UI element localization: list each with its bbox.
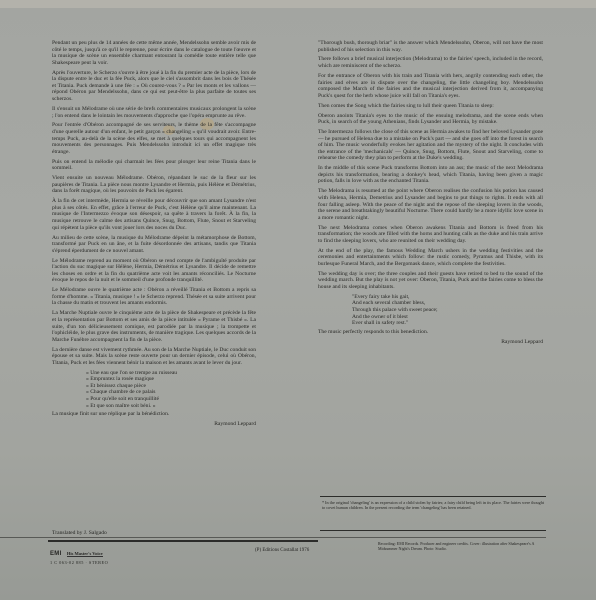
verse-line: Ever shall in safety rest." xyxy=(352,320,543,327)
closing-line: La musique finit sur une réplique par la… xyxy=(52,411,256,418)
paragraph: Pendant un peu plus de 14 années de cett… xyxy=(52,40,256,66)
paragraph: À la fin de cet intermède, Hermia se rév… xyxy=(52,198,256,231)
paragraph: Oberon anoints Titania's eyes to the mus… xyxy=(318,113,543,126)
paragraph: Après l'ouverture, le Scherzo s'ouvre à … xyxy=(52,70,256,103)
album-back-cover: Pendant un peu plus de 14 années de cett… xyxy=(0,0,596,600)
verse-line: Through this palace with sweet peace; xyxy=(352,307,543,314)
divider xyxy=(320,496,546,497)
paragraph: In the middle of this scene Puck transfo… xyxy=(318,165,543,185)
label-tagline: His Master's Voice xyxy=(67,551,103,557)
verse-line: « Chaque chambre de ce palais xyxy=(86,389,256,396)
copyright-notice: (P) Editions Costallat 1976 xyxy=(255,548,309,553)
verse-line: And each several chamber bless, xyxy=(352,300,543,307)
verse-block: "Every fairy take his gait, And each sev… xyxy=(352,294,543,327)
paragraph: Pour l'entrée d'Obéron accompagné de ses… xyxy=(52,122,256,155)
verse-line: « Empruntez la rosée magique xyxy=(86,376,256,383)
paragraph: There follows a brief musical interjecti… xyxy=(318,56,543,69)
paragraph: At the end of the play, the famous Weddi… xyxy=(318,248,543,268)
catalog-number: 1 C 063-02 885 · STEREO xyxy=(50,560,108,565)
paragraph: La Marche Nuptiale ouvre le cinquième ac… xyxy=(52,310,256,343)
verse-line: « Pour qu'elle soit en tranquillité xyxy=(86,396,256,403)
paragraph: Then comes the Song which the fairies si… xyxy=(318,103,543,110)
signature: Raymond Leppard xyxy=(52,421,256,428)
paragraph: The Melodrama is resumed at the point wh… xyxy=(318,188,543,221)
paragraph: For the entrance of Oberon with his trai… xyxy=(318,73,543,99)
paragraph: The Intermezzo follows the close of this… xyxy=(318,129,543,162)
paragraph: Au milieu de cette scène, la musique du … xyxy=(52,235,256,255)
verse-line: « Et bénissez chaque pièce xyxy=(86,383,256,390)
verse-line: « Une eau que l'on se trempe au ruisseau xyxy=(86,370,256,377)
paragraph: Le Mélodrame reprend au moment où Obéron… xyxy=(52,258,256,284)
paragraph: The wedding day is over; the three coupl… xyxy=(318,271,543,291)
footer-rule xyxy=(48,540,318,542)
signature: Raymond Leppard xyxy=(318,339,543,346)
english-notes-column: "Thorough bush, thorough briar" is the a… xyxy=(318,40,543,345)
verse-block: « Une eau que l'on se trempe au ruisseau… xyxy=(86,370,256,410)
footer-rule xyxy=(0,537,546,538)
paragraph: The next Melodrama comes when Oberon awa… xyxy=(318,225,543,245)
top-edge xyxy=(0,0,596,8)
paragraph: Puis on entend la mélodie qui charmait l… xyxy=(52,159,256,172)
paragraph: Vient ensuite un nouveau Mélodrame. Obér… xyxy=(52,175,256,195)
paragraph: "Thorough bush, thorough briar" is the a… xyxy=(318,40,543,53)
label-brand: EMI xyxy=(50,551,62,557)
translator-credit: Translated by J. Salgado xyxy=(52,530,107,536)
divider xyxy=(320,530,546,531)
label-logo: EMI His Master's Voice xyxy=(50,551,103,557)
production-credits: Recording: EMI Records. Producer and eng… xyxy=(378,541,548,551)
footnote: * In the original 'changeling' is an exp… xyxy=(322,500,544,510)
paragraph: La dernière danse est vivement rythmée. … xyxy=(52,347,256,367)
paragraph: Le Mélodrame ouvre le quatrième acte : O… xyxy=(52,287,256,307)
verse-line: « Et que son maître soit béni. » xyxy=(86,403,256,410)
paragraph: Il s'ensuit un Mélodrame où une série de… xyxy=(52,106,256,119)
verse-line: "Every fairy take his gait, xyxy=(352,294,543,301)
closing-line: The music perfectly responds to this ben… xyxy=(318,329,543,336)
french-notes-column: Pendant un peu plus de 14 années de cett… xyxy=(52,40,256,428)
